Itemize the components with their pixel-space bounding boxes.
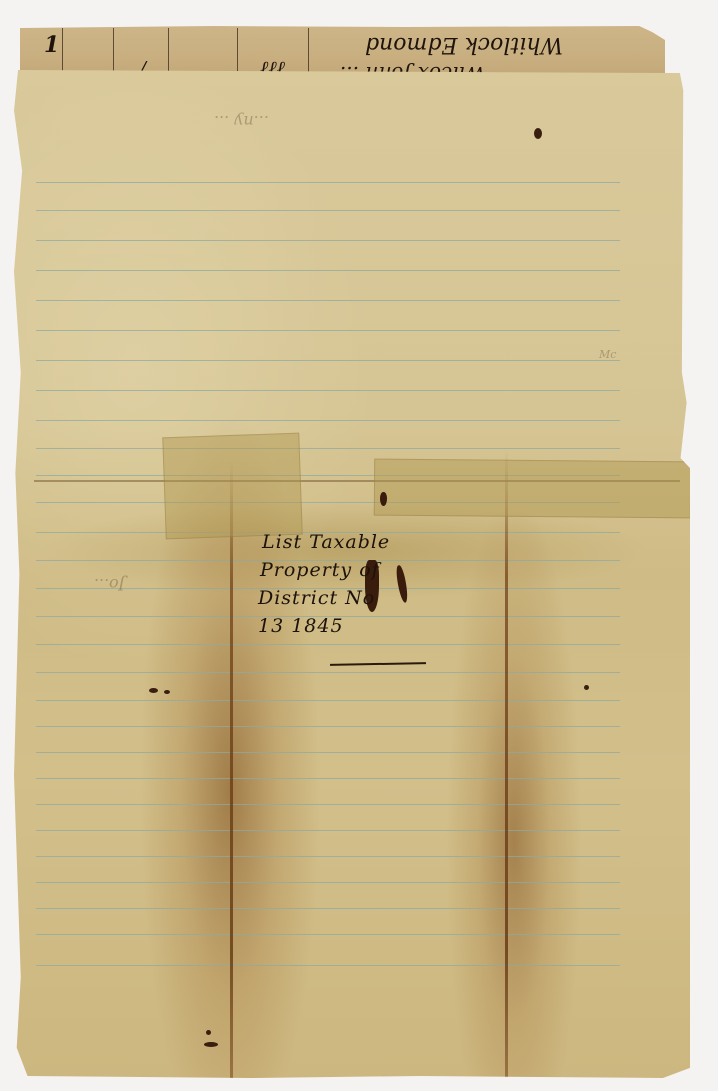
ruled-line xyxy=(36,270,620,271)
vertical-fold-stain xyxy=(505,450,508,1078)
ruled-line xyxy=(36,448,620,449)
ink-spot xyxy=(164,690,170,694)
bleed-through-text: Mc xyxy=(599,348,616,361)
ruled-line xyxy=(36,752,620,753)
ruled-line xyxy=(36,330,620,331)
ruled-line xyxy=(36,300,620,301)
ruled-line xyxy=(36,240,620,241)
ruled-line xyxy=(36,210,620,211)
ruled-line xyxy=(36,965,620,966)
ruled-line xyxy=(36,882,620,883)
tape-repair xyxy=(374,459,691,519)
ink-spot xyxy=(149,688,158,693)
ruled-line xyxy=(36,726,620,727)
docket-line-1: List Taxable xyxy=(262,528,390,556)
ruled-line xyxy=(36,360,620,361)
docket-line-2: Property of xyxy=(260,556,390,584)
ink-spot xyxy=(206,1030,211,1035)
entry-name-upside-down: Whitlock Edmond xyxy=(365,32,563,57)
ruled-line xyxy=(36,390,620,391)
ink-spot xyxy=(204,1042,218,1047)
row-number: 1 xyxy=(44,32,59,58)
ruled-line xyxy=(36,672,620,673)
ruled-line xyxy=(36,908,620,909)
ruled-line xyxy=(36,830,620,831)
docket-line-4: 13 1845 xyxy=(258,612,390,640)
ruled-line xyxy=(36,182,620,183)
docket-inscription: List Taxable Property of District No 13 … xyxy=(262,528,390,640)
ruled-line xyxy=(36,644,620,645)
vertical-fold-stain xyxy=(230,460,233,1078)
tape-repair xyxy=(162,433,302,540)
ruled-line xyxy=(36,700,620,701)
ruled-line xyxy=(36,934,620,935)
ink-blot xyxy=(380,492,387,506)
ink-spot xyxy=(584,685,589,690)
ruled-line xyxy=(36,804,620,805)
bleed-through-text: ...ny ... xyxy=(214,112,269,131)
ruled-line xyxy=(36,856,620,857)
docket-line-3: District No xyxy=(258,584,390,612)
ink-spot xyxy=(534,128,542,139)
bleed-through-text: Jo... xyxy=(94,575,125,594)
ruled-line xyxy=(36,420,620,421)
ruled-line xyxy=(36,778,620,779)
